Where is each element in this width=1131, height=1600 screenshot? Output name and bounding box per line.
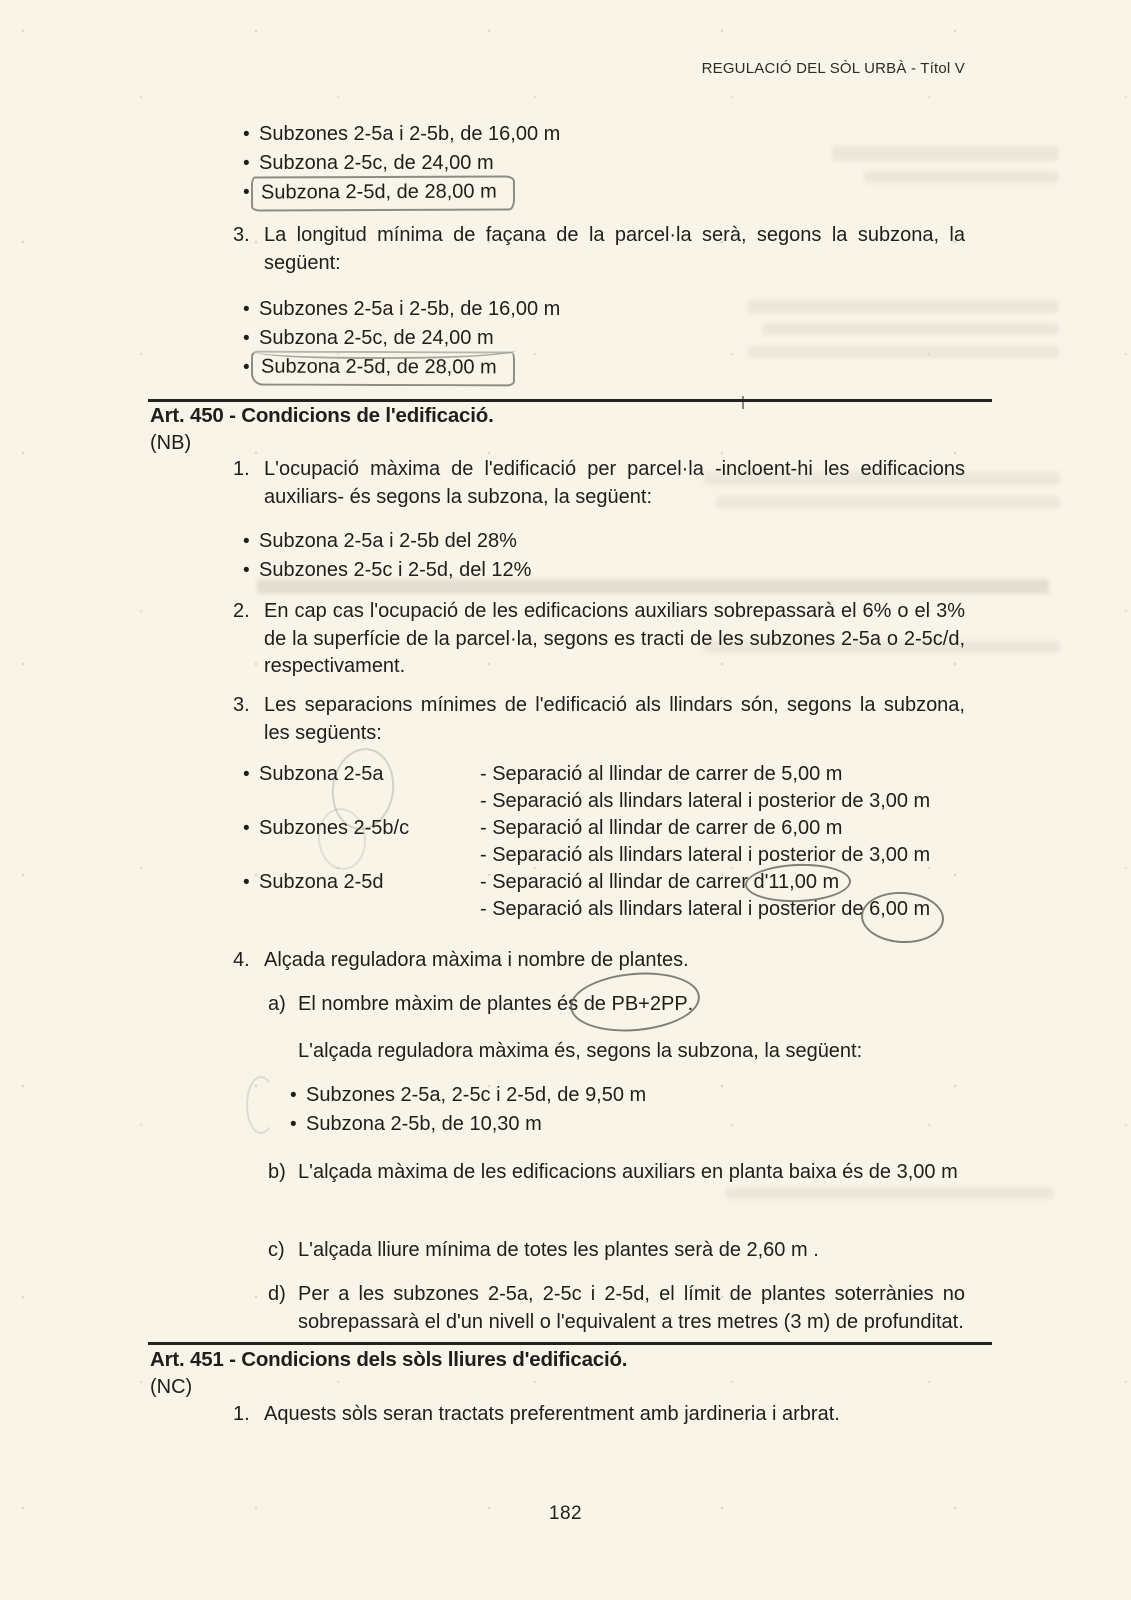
rule-text: - Separació al llindar de carrer de 6,00… [480,815,965,842]
bleed-through-smudge [726,1187,1054,1199]
art450-item-1: 1. L'ocupació màxima de l'edificació per… [150,456,965,511]
item-text: Les separacions mínimes de l'edificació … [264,692,965,747]
zone-cell: Subzona 2-5a [150,761,480,815]
item-number: 1. [233,1401,264,1429]
item-letter: b) [268,1159,298,1187]
pencil-boxed-text: Subzona 2-5d, de 28,00 m [251,351,515,387]
item-text-suffix: . [688,993,694,1015]
bullet-icon [290,1081,306,1110]
bullet-icon [243,527,259,556]
item-letter: c) [268,1237,298,1265]
bullet-icon [290,1110,306,1139]
item-letter: d) [268,1281,298,1336]
section-divider [148,399,992,402]
art450-item-4: 4. Alçada reguladora màxima i nombre de … [150,947,965,975]
rule-text-prefix: - Separació al llindar de carrer [480,871,753,893]
pencil-underlined-text: Subzona 2-5c, de 24,00 m [259,324,494,353]
art450-item-4b: b) L'alçada màxima de les edificacions a… [150,1159,965,1187]
list-item-text: Subzona 2-5a i 2-5b del 28% [259,527,517,556]
facade-list-a: Subzones 2-5a i 2-5b, de 16,00 m Subzona… [150,120,965,207]
list-item-text: Subzones 2-5a, 2-5c i 2-5d, de 9,50 m [306,1081,646,1110]
separation-row-2-5a: Subzona 2-5a - Separació al llindar de c… [150,761,965,815]
item-letter: a) [268,991,298,1019]
section-divider [148,1342,992,1345]
height-note: L'alçada reguladora màxima és, segons la… [298,1038,1113,1065]
list-item: Subzona 2-5c, de 24,00 m [150,324,965,353]
bullet-icon [243,556,259,585]
item-text: El nombre màxim de plantes és de PB+2PP. [298,991,965,1019]
item-text: En cap cas l'ocupació de les edificacion… [264,598,965,681]
art450-item-3: 3. Les separacions mínimes de l'edificac… [150,692,965,747]
zone-cell: Subzones 2-5b/c [150,815,480,869]
bullet-icon [243,295,259,324]
list-item-text: Subzones 2-5a i 2-5b, de 16,00 m [259,120,560,149]
separations-table: Subzona 2-5a - Separació al llindar de c… [150,761,965,923]
separation-row-2-5bc: Subzones 2-5b/c - Separació al llindar d… [150,815,965,869]
art450-item-4a: a) El nombre màxim de plantes és de PB+2… [150,991,965,1019]
list-item: Subzones 2-5a i 2-5b, de 16,00 m [150,295,965,324]
running-header: REGULACIÓ DEL SÒL URBÀ - Títol V [702,60,965,77]
art450-item-2: 2. En cap cas l'ocupació de les edificac… [150,598,965,681]
pencil-circled-value: 6,00 m [869,896,930,923]
item-number: 4. [233,947,264,975]
zone-label: Subzona 2-5d [259,869,384,896]
list-item: Subzona 2-5a i 2-5b del 28% [150,527,965,556]
list-item: Subzona 2-5c, de 24,00 m [150,149,965,178]
bullet-icon [243,149,259,178]
intro-item-3: 3. La longitud mínima de façana de la pa… [150,222,965,277]
rule-text: - Separació als llindars lateral i poste… [480,788,965,815]
rules-cell: - Separació al llindar de carrer de 5,00… [480,761,965,815]
item-number: 3. [233,692,264,747]
article-451-code: (NC) [150,1376,192,1399]
page-number: 182 [0,1503,1131,1525]
height-list: Subzones 2-5a, 2-5c i 2-5d, de 9,50 m Su… [150,1081,965,1139]
item-text-prefix: El nombre màxim de plantes és [298,993,584,1015]
list-item: Subzones 2-5a i 2-5b, de 16,00 m [150,120,965,149]
bullet-icon [243,869,259,896]
list-item-text: Subzones 2-5c i 2-5d, del 12% [259,556,531,585]
pencil-tick [742,396,744,409]
zone-label: Subzones 2-5b/c [259,815,409,842]
pencil-circled-value: d'11,00 m [753,869,839,896]
occupation-list: Subzona 2-5a i 2-5b del 28% Subzones 2-5… [150,527,965,585]
separation-row-2-5d: Subzona 2-5d - Separació al llindar de c… [150,869,965,923]
list-item: Subzones 2-5a, 2-5c i 2-5d, de 9,50 m [150,1081,965,1110]
item-text: Aquests sòls seran tractats preferentmen… [264,1401,965,1429]
rule-text: - Separació al llindar de carrer d'11,00… [480,869,965,896]
art450-item-4c: c) L'alçada lliure mínima de totes les p… [150,1237,965,1265]
list-item-text: Subzones 2-5a i 2-5b, de 16,00 m [259,295,560,324]
item-text: La longitud mínima de façana de la parce… [264,222,965,277]
list-item-text: Subzona 2-5b, de 10,30 m [306,1110,542,1139]
zone-cell: Subzona 2-5d [150,869,480,923]
art450-item-4d: d) Per a les subzones 2-5a, 2-5c i 2-5d,… [150,1281,965,1336]
bullet-icon [243,815,259,842]
rules-cell: - Separació al llindar de carrer de 6,00… [480,815,965,869]
art451-item-1: 1. Aquests sòls seran tractats preferent… [150,1401,965,1429]
list-item: Subzones 2-5c i 2-5d, del 12% [150,556,965,585]
item-number: 1. [233,456,264,511]
rules-cell: - Separació al llindar de carrer d'11,00… [480,869,965,923]
article-450-title: Art. 450 - Condicions de l'edificació. [150,404,494,428]
bullet-icon [243,120,259,149]
item-text: Alçada reguladora màxima i nombre de pla… [264,947,965,975]
item-text: L'alçada lliure mínima de totes les plan… [298,1237,965,1265]
pencil-circled-value: de PB+2PP [584,991,688,1019]
rule-text-prefix: - Separació als llindars lateral i poste… [480,898,869,920]
item-text: L'alçada màxima de les edificacions auxi… [298,1159,965,1187]
item-text: L'ocupació màxima de l'edificació per pa… [264,456,965,511]
item-text: Per a les subzones 2-5a, 2-5c i 2-5d, el… [298,1281,965,1336]
list-item: Subzona 2-5d, de 28,00 m [150,178,965,207]
rule-text: - Separació als llindars lateral i poste… [480,896,965,923]
list-item: Subzona 2-5b, de 10,30 m [150,1110,965,1139]
rule-text: - Separació al llindar de carrer de 5,00… [480,761,965,788]
document-page: REGULACIÓ DEL SÒL URBÀ - Títol V Subzone… [0,0,1131,1600]
article-451-title: Art. 451 - Condicions dels sòls lliures … [150,1348,627,1372]
item-number: 3. [233,222,264,277]
bullet-icon [243,761,259,788]
rule-text: - Separació als llindars lateral i poste… [480,842,965,869]
pencil-boxed-text: Subzona 2-5d, de 28,00 m [251,175,515,211]
zone-label: Subzona 2-5a [259,761,384,788]
facade-list-b: Subzones 2-5a i 2-5b, de 16,00 m Subzona… [150,295,965,382]
list-item-text: Subzona 2-5c, de 24,00 m [259,149,494,178]
article-450-code: (NB) [150,432,191,455]
item-number: 2. [233,598,264,681]
list-item: Subzona 2-5d, de 28,00 m [150,353,965,382]
